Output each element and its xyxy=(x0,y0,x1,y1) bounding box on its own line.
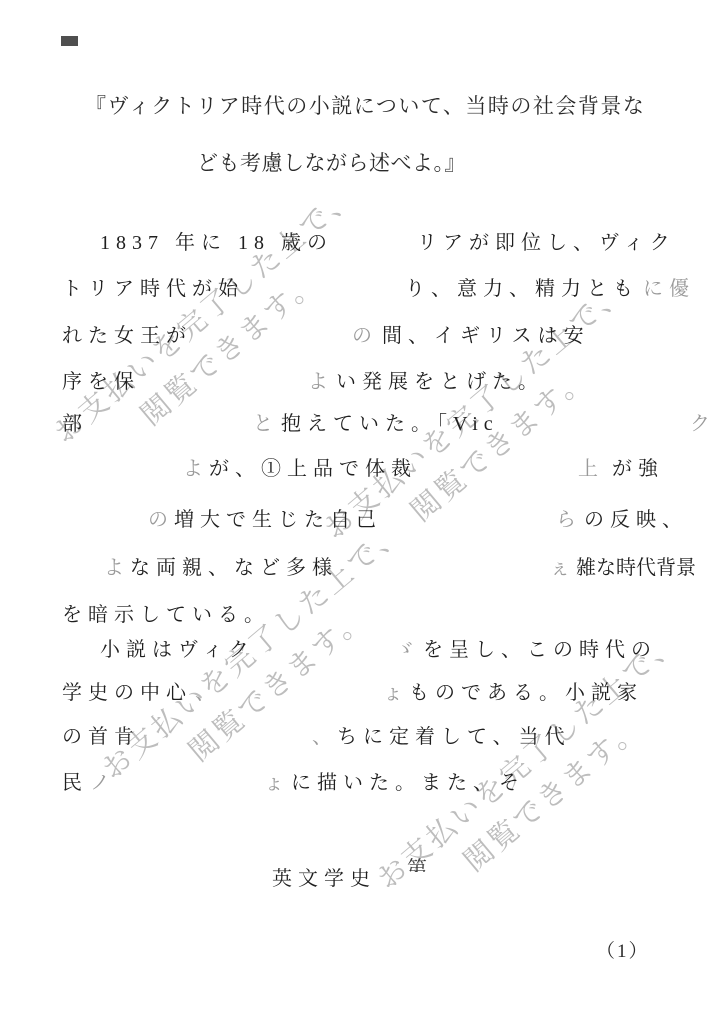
body-text-fragment: よ xyxy=(183,452,209,481)
body-text: 民 xyxy=(62,766,88,795)
footer-partial-glyph: 第 xyxy=(407,858,433,872)
scan-artifact-mark xyxy=(61,36,78,46)
document-page: お支払いを完了した上で、 閲覧できます。 お支払いを完了した上で、 閲覧できます… xyxy=(0,0,725,1024)
body-text-fragment: 上 xyxy=(578,452,604,481)
body-text: の反映、 xyxy=(584,503,688,532)
body-text: の首肯 xyxy=(62,720,140,749)
body-text: 1837 年に 18 歳の xyxy=(100,226,333,255)
body-text: な両親、など多様 xyxy=(130,551,338,580)
body-text: を暗示している。 xyxy=(62,598,270,627)
body-text: に描いた。また、そ xyxy=(291,766,525,795)
body-text-fragment: ぇ xyxy=(550,551,576,580)
body-text: 小説はヴィク xyxy=(100,633,255,662)
footer-partial-char: 第 xyxy=(407,852,433,872)
course-label: 英文学史 xyxy=(272,862,376,891)
body-text: り、意力、精力とも xyxy=(405,272,639,301)
page-number: （1） xyxy=(596,936,650,963)
body-text-fragment: 、 xyxy=(312,720,338,749)
body-text: リアが即位し、ヴィク xyxy=(417,226,676,255)
body-text: 増大で生じた自己 xyxy=(174,503,382,532)
body-text: れた女王が xyxy=(62,319,192,348)
body-text-fragment: ク xyxy=(690,407,716,436)
essay-title-line2: ども考慮しながら述べよ。』 xyxy=(197,147,466,177)
body-text-fragment: よ xyxy=(104,551,130,580)
body-text: が強 xyxy=(612,452,664,481)
body-text-fragment: ゞ xyxy=(395,633,421,662)
body-text: ちに定着して、当代 xyxy=(337,720,571,749)
essay-title-line1: 『ヴィクトリア時代の小説について、当時の社会背景な xyxy=(85,90,645,120)
body-text-fragment: の xyxy=(352,319,378,348)
body-text: ものである。小説家 xyxy=(409,676,643,705)
body-text: 序を保 xyxy=(62,365,140,394)
body-text: 部 xyxy=(62,407,88,436)
body-text-fragment: ノ xyxy=(90,766,116,795)
body-text-fragment: 、 xyxy=(195,676,221,705)
body-text: い発展をとげた。 xyxy=(336,365,544,394)
body-text: 抱えていた。「Vic xyxy=(281,407,499,436)
body-text-fragment: に優 xyxy=(643,272,695,301)
body-text: トリア時代が始 xyxy=(62,272,244,301)
body-text: 学史の中心 xyxy=(62,676,192,705)
body-text: 間、イギリスは安 xyxy=(382,319,590,348)
body-text-fragment: よ xyxy=(308,365,334,394)
body-text: が、①上品で体裁 xyxy=(209,452,417,481)
body-text-fragment: ら xyxy=(556,503,582,532)
body-text-fragment: ょ xyxy=(264,766,290,795)
body-text-fragment: の xyxy=(148,503,174,532)
body-text: 雑な時代背景 xyxy=(576,551,696,580)
body-text-fragment: ょ xyxy=(383,676,409,705)
body-text: を呈し、この時代の xyxy=(423,633,657,662)
body-text-fragment: と xyxy=(253,407,279,436)
